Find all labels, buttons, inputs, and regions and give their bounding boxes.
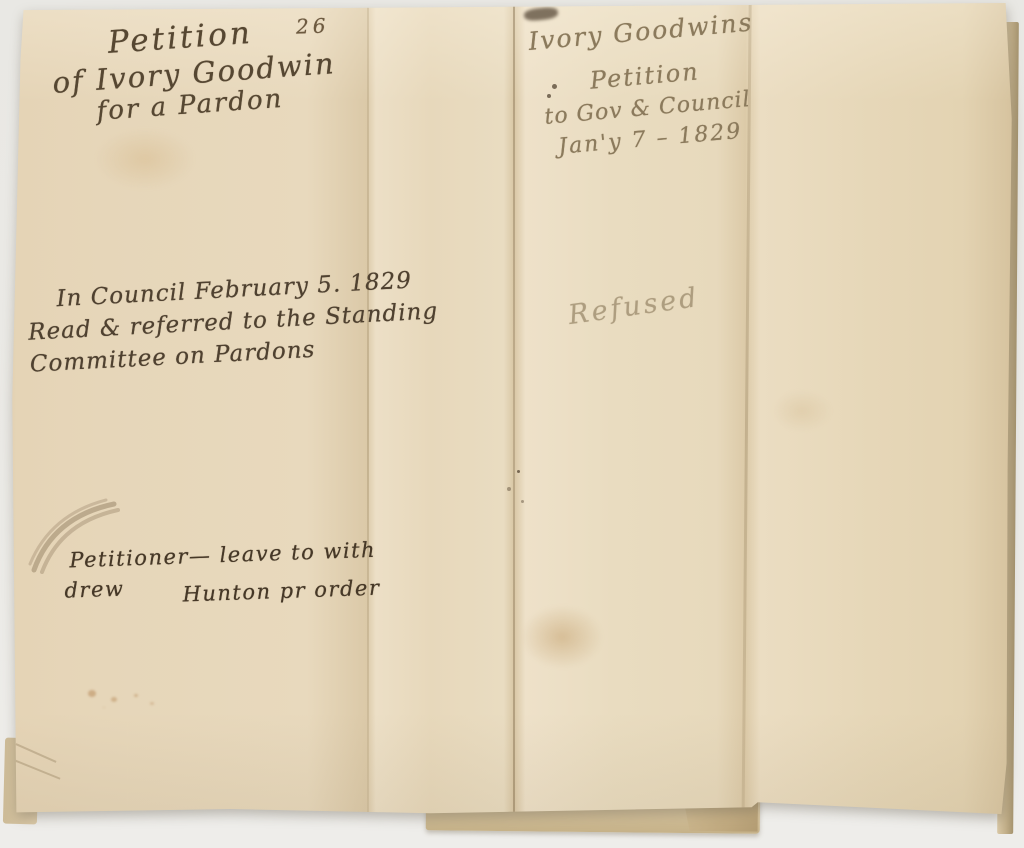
council-action-block: In Council February 5. 1829 Read & refer… bbox=[26, 263, 441, 380]
withdrawal-word-drew: drew bbox=[64, 574, 125, 606]
page-curl-line bbox=[12, 758, 61, 779]
document-scan: 26 Petition of Ivory Goodwin for a Pardo… bbox=[0, 0, 1024, 848]
ghost-refused-note: Refused bbox=[566, 281, 701, 333]
fold-crease-left bbox=[367, 0, 369, 848]
page-curl-line bbox=[15, 743, 56, 763]
stain bbox=[522, 606, 602, 668]
withdrawal-note-block: Petitioner— leave to with drew Hunton pr… bbox=[69, 535, 381, 614]
stain bbox=[772, 390, 832, 432]
withdrawal-signature: Hunton pr order bbox=[182, 573, 381, 610]
endorsement-block: Ivory Goodwins Petition to Gov & Council… bbox=[522, 6, 768, 163]
ink-smudge bbox=[523, 6, 558, 21]
stain-speckles bbox=[88, 690, 96, 697]
endorsement-line: Ivory Goodwins bbox=[522, 6, 759, 58]
docket-title-block: Petition of Ivory Goodwin for a Pardon bbox=[49, 8, 339, 131]
ink-speck bbox=[521, 500, 524, 503]
stain bbox=[95, 128, 195, 190]
fold-crease-center bbox=[513, 0, 515, 848]
paper-shadow-wrap: 26 Petition of Ivory Goodwin for a Pardo… bbox=[0, 0, 1024, 848]
document-page: 26 Petition of Ivory Goodwin for a Pardo… bbox=[0, 0, 1024, 848]
ink-speck bbox=[517, 470, 520, 473]
ink-speck bbox=[507, 487, 511, 491]
